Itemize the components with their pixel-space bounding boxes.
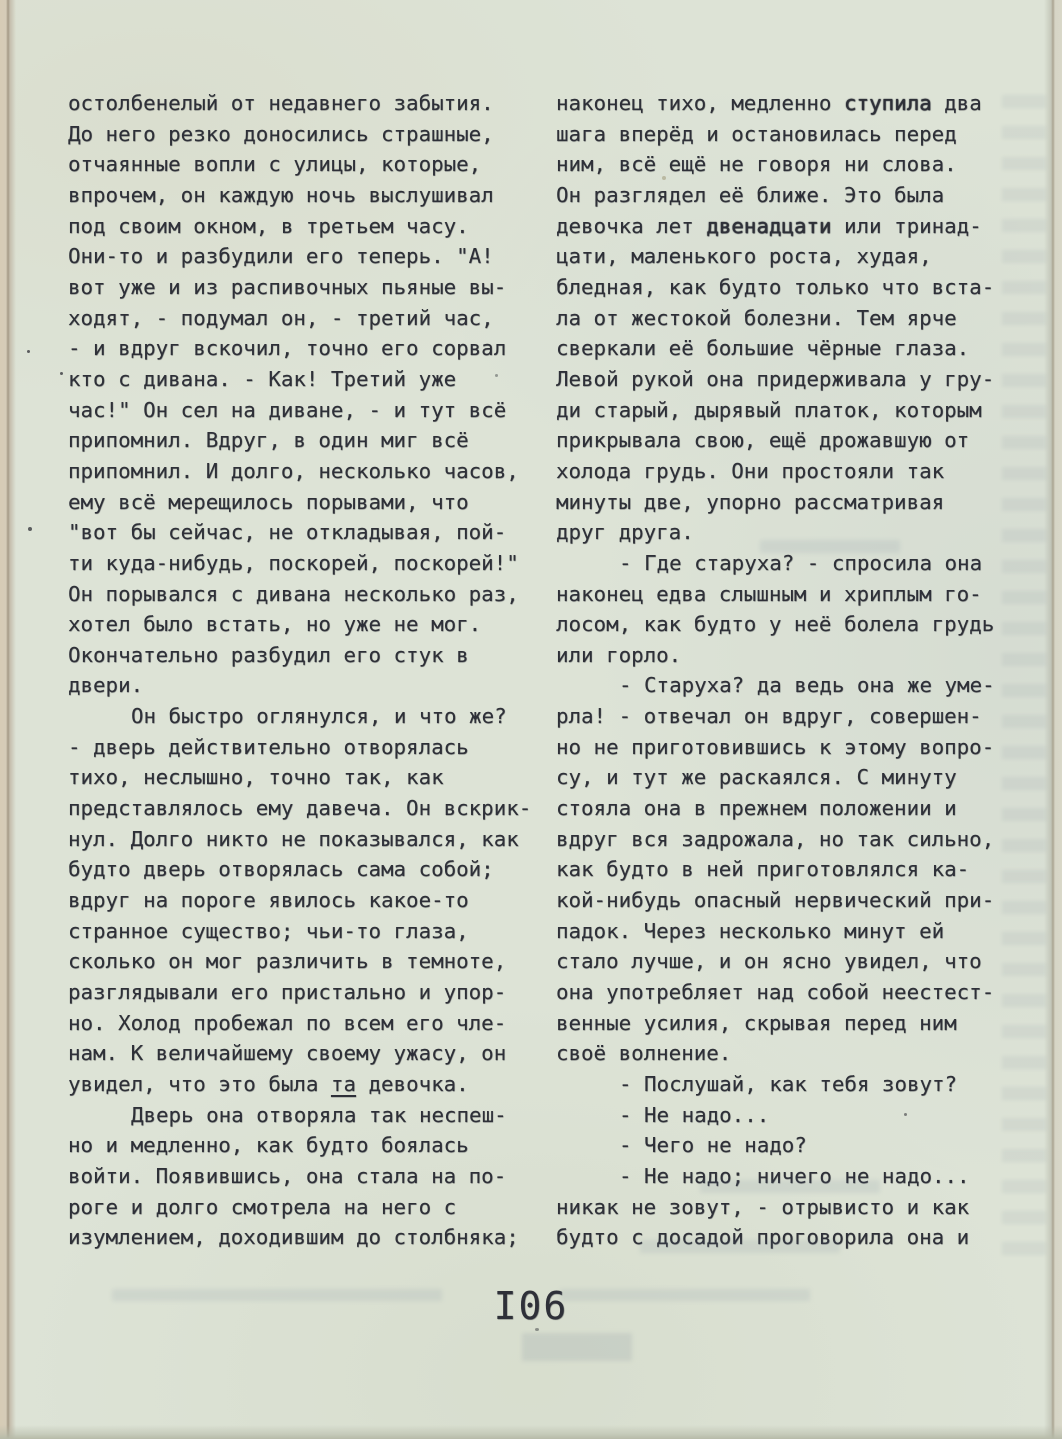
text-line: изумлением, доходившим до столбняка; bbox=[68, 1222, 536, 1253]
bleed-through-mark bbox=[640, 1240, 840, 1253]
text-line: - Чего не надо? bbox=[556, 1130, 1024, 1161]
text-line: под своим окном, в третьем часу. bbox=[68, 211, 536, 242]
text-line: наконец тихо, медленно ступила два bbox=[556, 88, 1024, 119]
text-line: ним, всё ещё не говоря ни слова. bbox=[556, 149, 1024, 180]
text-line: нул. Долго никто не показывался, как bbox=[68, 824, 536, 855]
text-line: падок. Через несколько минут ей bbox=[556, 916, 1024, 947]
text-line: рла! - отвечал он вдруг, совершен- bbox=[556, 701, 1024, 732]
ink-speck bbox=[904, 1113, 907, 1116]
text-line: "вот бы сейчас, не откладывая, пой- bbox=[68, 517, 536, 548]
text-line: холода грудь. Они простояли так bbox=[556, 456, 1024, 487]
text-line: ла от жестокой болезни. Тем ярче bbox=[556, 303, 1024, 334]
text-line: - Старуха? да ведь она же уме- bbox=[556, 670, 1024, 701]
text-line: цати, маленького роста, худая, bbox=[556, 241, 1024, 272]
ink-speck bbox=[535, 1328, 539, 1331]
text-line: венные усилия, скрывая перед ним bbox=[556, 1008, 1024, 1039]
text-line: - Послушай, как тебя зовут? bbox=[556, 1069, 1024, 1100]
text-line: двери. bbox=[68, 670, 536, 701]
text-line: войти. Появившись, она стала на по- bbox=[68, 1161, 536, 1192]
text-line: минуты две, упорно рассматривая bbox=[556, 487, 1024, 518]
bleed-through-mark bbox=[522, 1333, 632, 1361]
bleed-through-mark bbox=[760, 540, 900, 553]
text-line: су, и тут же раскаялся. С минуту bbox=[556, 762, 1024, 793]
overinked-word: ступила bbox=[844, 91, 932, 115]
text-line: час!" Он сел на диване, - и тут всё bbox=[68, 395, 536, 426]
text-line: разглядывали его пристально и упор- bbox=[68, 977, 536, 1008]
text-line: - Не надо... bbox=[556, 1100, 1024, 1131]
text-line: кой-нибудь опасный нервический при- bbox=[556, 885, 1024, 916]
text-line: До него резко доносились страшные, bbox=[68, 119, 536, 150]
text-line: шага вперёд и остановилась перед bbox=[556, 119, 1024, 150]
text-line: представлялось ему давеча. Он вскрик- bbox=[68, 793, 536, 824]
right-column: наконец тихо, медленно ступила двашага в… bbox=[556, 88, 1024, 1253]
text-line: но. Холод пробежал по всем его чле- bbox=[68, 1008, 536, 1039]
document-page: остолбенелый от недавнего забытия.До нег… bbox=[0, 0, 1062, 1439]
text-line: ти куда-нибудь, поскорей, поскорей!" bbox=[68, 548, 536, 579]
text-line: Они-то и разбудили его теперь. "А! bbox=[68, 241, 536, 272]
text-line: стало лучше, и он ясно увидел, что bbox=[556, 946, 1024, 977]
text-line: Он разглядел её ближе. Это была bbox=[556, 180, 1024, 211]
text-line: нам. К величайшему своему ужасу, он bbox=[68, 1038, 536, 1069]
text-line: кто с дивана. - Как! Третий уже bbox=[68, 364, 536, 395]
text-line: или горло. bbox=[556, 640, 1024, 671]
ink-speck bbox=[60, 372, 63, 375]
ink-speck bbox=[28, 527, 32, 531]
text-line: припомнил. Вдруг, в один миг всё bbox=[68, 425, 536, 456]
text-line: вдруг вся задрожала, но так сильно, bbox=[556, 824, 1024, 855]
text-line: но не приготовившись к этому вопро- bbox=[556, 732, 1024, 763]
text-line: ди старый, дырявый платок, которым bbox=[556, 395, 1024, 426]
text-line: впрочем, он каждую ночь выслушивал bbox=[68, 180, 536, 211]
text-line: тихо, неслышно, точно так, как bbox=[68, 762, 536, 793]
ink-speck bbox=[27, 350, 30, 353]
bleed-through-mark bbox=[112, 1289, 442, 1301]
underlined-word: та bbox=[331, 1072, 356, 1096]
text-line: роге и долго смотрела на него с bbox=[68, 1192, 536, 1223]
page-edge-right bbox=[1044, 0, 1062, 1439]
text-line: Он порывался с дивана несколько раз, bbox=[68, 579, 536, 610]
page-edge-left bbox=[0, 0, 16, 1439]
text-line: своё волнение. bbox=[556, 1038, 1024, 1069]
text-line: стояла она в прежнем положении и bbox=[556, 793, 1024, 824]
text-line: прикрывала свою, ещё дрожавшую от bbox=[556, 425, 1024, 456]
text-line: - и вдруг вскочил, точно его сорвал bbox=[68, 333, 536, 364]
text-line: вот уже и из распивочных пьяные вы- bbox=[68, 272, 536, 303]
text-line: Дверь она отворяла так неспеш- bbox=[68, 1100, 536, 1131]
text-line: как будто в ней приготовлялся ка- bbox=[556, 854, 1024, 885]
page-edge-bottom bbox=[0, 1425, 1062, 1439]
ink-speck bbox=[495, 374, 498, 377]
text-line: никак не зовут, - отрывисто и как bbox=[556, 1192, 1024, 1223]
bleed-through-mark bbox=[560, 1289, 810, 1301]
text-line: хотел было встать, но уже не мог. bbox=[68, 609, 536, 640]
text-line: - дверь действительно отворялась bbox=[68, 732, 536, 763]
text-line: ходят, - подумал он, - третий час, bbox=[68, 303, 536, 334]
text-line: Левой рукой она придерживала у гру- bbox=[556, 364, 1024, 395]
text-line: лосом, как будто у неё болела грудь bbox=[556, 609, 1024, 640]
text-line: девочка лет двенадцати или тринад- bbox=[556, 211, 1024, 242]
text-line: остолбенелый от недавнего забытия. bbox=[68, 88, 536, 119]
bleed-through-mark bbox=[700, 1180, 880, 1193]
text-line: будто дверь отворялась сама собой; bbox=[68, 854, 536, 885]
text-line: вдруг на пороге явилось какое-то bbox=[68, 885, 536, 916]
text-line: Окончательно разбудил его стук в bbox=[68, 640, 536, 671]
text-line: увидел, что это была та девочка. bbox=[68, 1069, 536, 1100]
text-line: но и медленно, как будто боялась bbox=[68, 1130, 536, 1161]
text-line: ему всё мерещилось порывами, что bbox=[68, 487, 536, 518]
text-line: она употребляет над собой неестест- bbox=[556, 977, 1024, 1008]
text-line: сколько он мог различить в темноте, bbox=[68, 946, 536, 977]
paper-fleck bbox=[662, 176, 666, 180]
text-line: Он быстро оглянулся, и что же? bbox=[68, 701, 536, 732]
text-line: бледная, как будто только что вста- bbox=[556, 272, 1024, 303]
left-column: остолбенелый от недавнего забытия.До нег… bbox=[68, 88, 536, 1253]
text-line: отчаянные вопли с улицы, которые, bbox=[68, 149, 536, 180]
text-line: странное существо; чьи-то глаза, bbox=[68, 916, 536, 947]
text-line: припомнил. И долго, несколько часов, bbox=[68, 456, 536, 487]
text-line: наконец едва слышным и хриплым го- bbox=[556, 579, 1024, 610]
text-line: сверкали её большие чёрные глаза. bbox=[556, 333, 1024, 364]
overinked-word: двенадцати bbox=[706, 214, 831, 238]
